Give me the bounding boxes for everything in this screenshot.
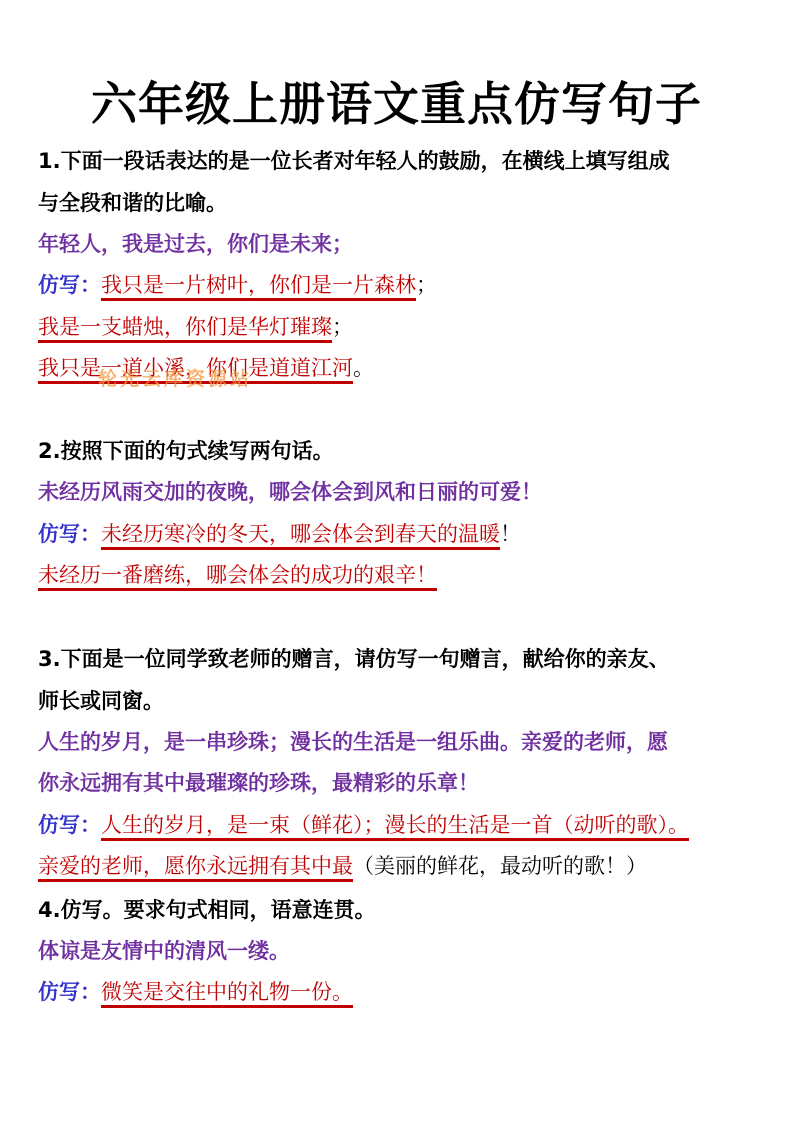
q3-prompt-line2: 师长或同窗。	[38, 686, 164, 716]
fangxie-label: 仿写：	[38, 522, 101, 546]
q2-answer2: 未经历一番磨练，哪会体会的成功的艰辛！	[38, 563, 437, 591]
q1-answer3-punct: 。	[353, 356, 374, 380]
q2-answer1: 未经历寒冷的冬天，哪会体会到春天的温暖	[101, 522, 500, 550]
q4-answer-line: 仿写：微笑是交往中的礼物一份。	[38, 977, 353, 1007]
q3-answer2-tail: （美丽的鲜花，最动听的歌！）	[353, 854, 647, 878]
q3-answer-line1: 仿写：人生的岁月，是一束（鲜花）；漫长的生活是一首（动听的歌）。	[38, 810, 689, 840]
q1-answer2: 我是一支蜡烛，你们是华灯璀璨	[38, 315, 332, 343]
q4-prompt: 4.仿写。要求句式相同，语意连贯。	[38, 895, 376, 925]
q2-example: 未经历风雨交加的夜晚，哪会体会到风和日丽的可爱！	[38, 477, 542, 507]
q4-answer: 微笑是交往中的礼物一份。	[101, 980, 353, 1008]
fangxie-label: 仿写：	[38, 980, 101, 1004]
q2-answer-line1: 仿写：未经历寒冷的冬天，哪会体会到春天的温暖！	[38, 519, 521, 549]
q1-answer-line2: 我是一支蜡烛，你们是华灯璀璨；	[38, 312, 353, 342]
q2-answer1-punct: ！	[500, 522, 521, 546]
q3-answer1: 人生的岁月，是一束（鲜花）；漫长的生活是一首（动听的歌）。	[101, 813, 689, 841]
q2-answer-line2: 未经历一番磨练，哪会体会的成功的艰辛！	[38, 560, 437, 590]
fangxie-label: 仿写：	[38, 273, 101, 297]
q3-example-line1: 人生的岁月，是一串珍珠；漫长的生活是一组乐曲。亲爱的老师，愿	[38, 727, 668, 757]
q3-answer2: 亲爱的老师，愿你永远拥有其中最	[38, 854, 353, 882]
q3-prompt-line1: 3.下面是一位同学致老师的赠言，请仿写一句赠言，献给你的亲友、	[38, 644, 670, 674]
q1-answer-line1: 仿写：我只是一片树叶，你们是一片森林；	[38, 270, 437, 300]
page-title: 六年级上册语文重点仿写句子	[0, 68, 793, 134]
q3-answer-line2: 亲爱的老师，愿你永远拥有其中最（美丽的鲜花，最动听的歌！）	[38, 851, 647, 881]
q2-prompt: 2.按照下面的句式续写两句话。	[38, 436, 334, 466]
q1-example: 年轻人，我是过去，你们是未来；	[38, 229, 353, 259]
q4-example: 体谅是友情中的清风一缕。	[38, 936, 290, 966]
fangxie-label: 仿写：	[38, 813, 101, 837]
q1-prompt-line2: 与全段和谐的比喻。	[38, 188, 227, 218]
watermark: 轮光云库资源站	[98, 364, 252, 391]
q1-prompt-line1: 1.下面一段话表达的是一位长者对年轻人的鼓励，在横线上填写组成	[38, 146, 670, 176]
q3-example-line2: 你永远拥有其中最璀璨的珍珠，最精彩的乐章！	[38, 768, 479, 798]
q1-answer1-punct: ；	[416, 273, 437, 297]
q1-answer2-punct: ；	[332, 315, 353, 339]
q1-answer1: 我只是一片树叶，你们是一片森林	[101, 273, 416, 301]
